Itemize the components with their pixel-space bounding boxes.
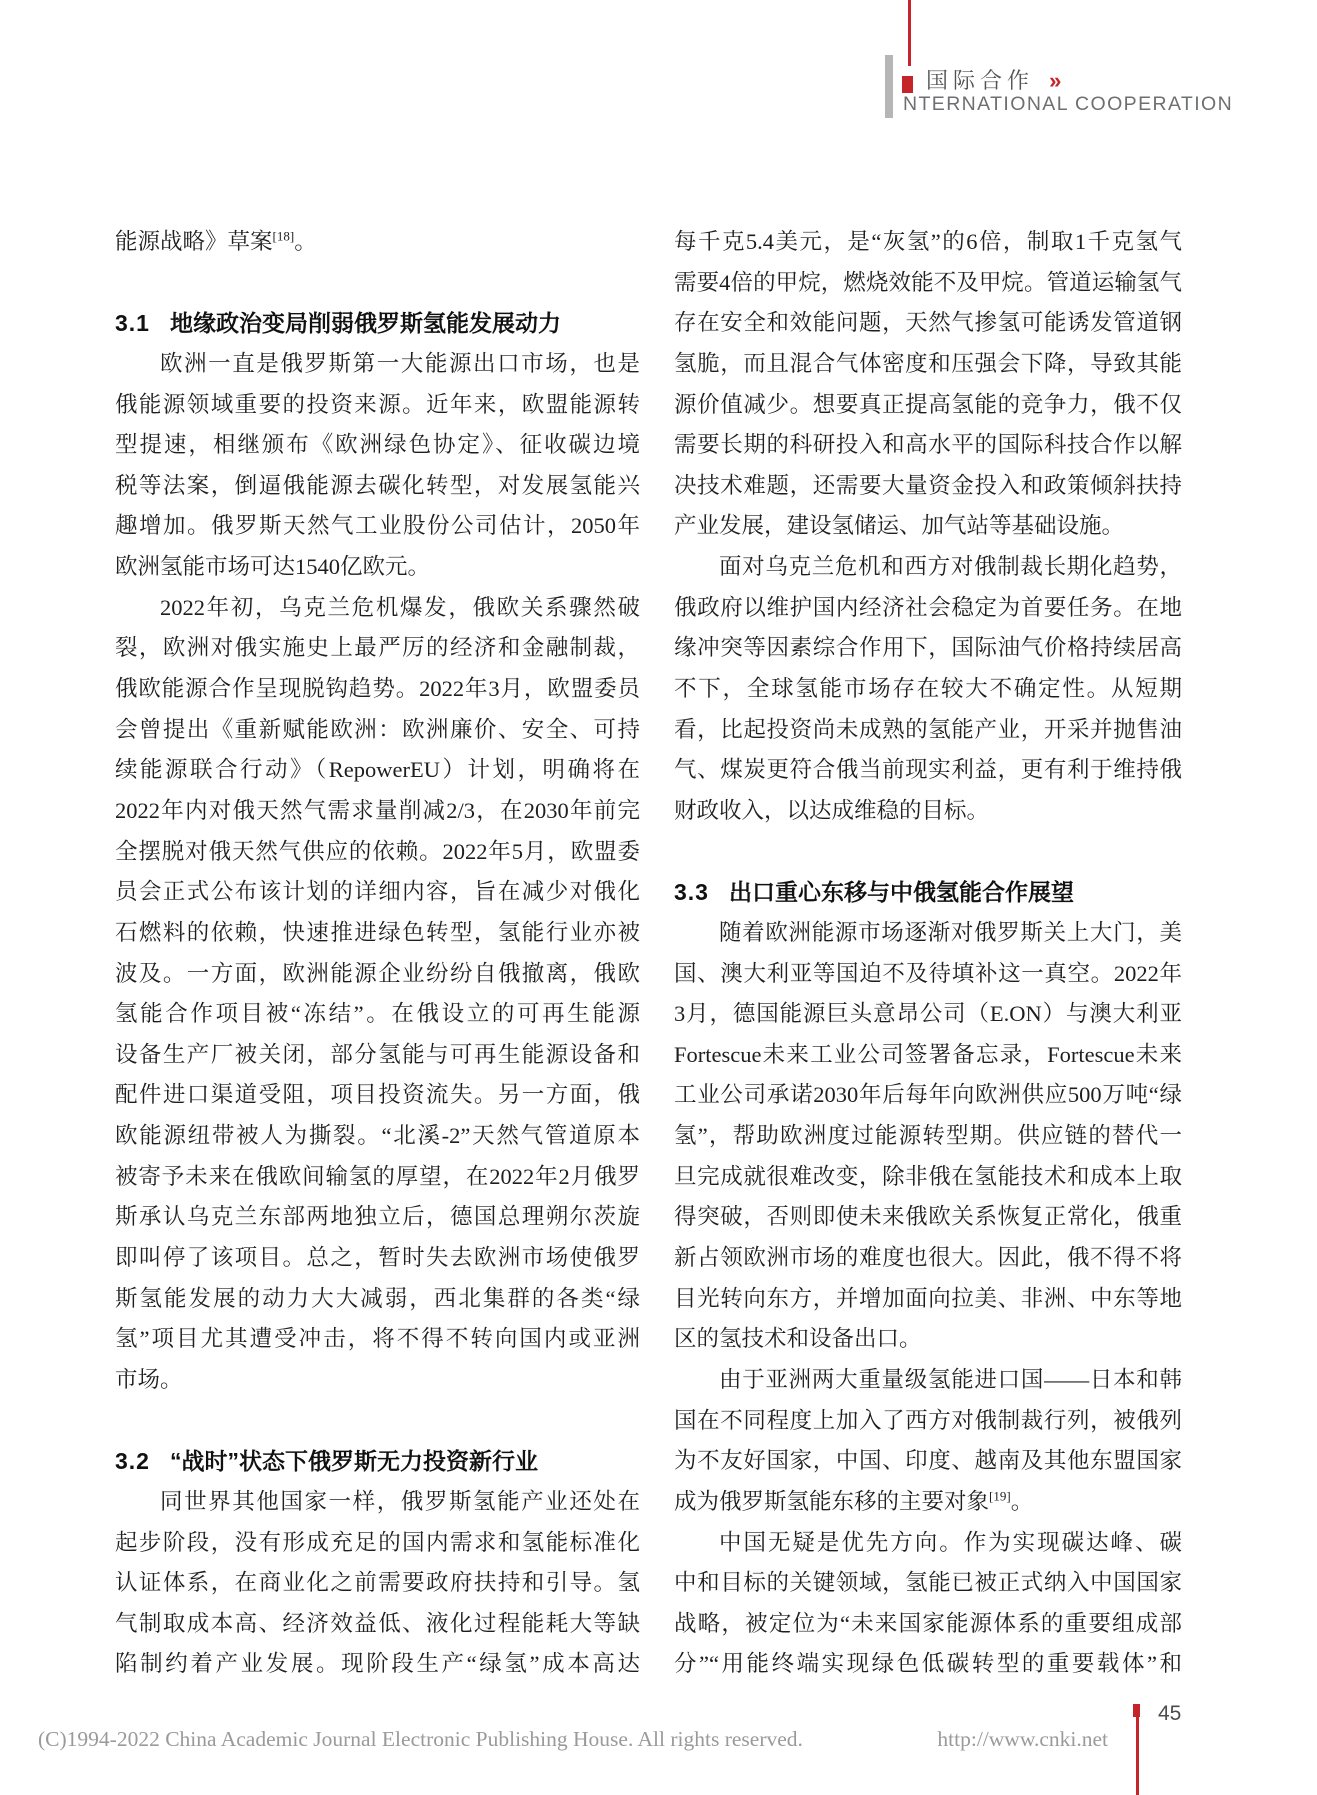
text-segment: 能源战略》草案 — [115, 229, 273, 254]
text-segment: 成为俄罗斯氢能东移的主要对象 — [674, 1489, 989, 1514]
text-line: 国在不同程度上加入了西方对俄制裁行列，被俄列 — [674, 1401, 1182, 1442]
text-line: 斯氢能发展的动力大大减弱，西北集群的各类“绿 — [115, 1279, 640, 1320]
text-line: 气制取成本高、经济效益低、液化过程能耗大等缺 — [115, 1604, 640, 1645]
text-line: 俄能源领域重要的投资来源。近年来，欧盟能源转 — [115, 385, 640, 426]
text-line: 工业公司承诺2030年后每年向欧洲供应500万吨“绿 — [674, 1075, 1182, 1116]
text-line: 陷制约着产业发展。现阶段生产“绿氢”成本高达 — [115, 1644, 640, 1685]
double-chevron-icon: » — [1049, 68, 1061, 93]
text-line: 每千克5.4美元，是“灰氢”的6倍，制取1千克氢气 — [674, 222, 1182, 263]
text-line: 区的氢技术和设备出口。 — [674, 1319, 1182, 1360]
text-line: 型提速，相继颁布《欧洲绿色协定》、征收碳边境 — [115, 425, 640, 466]
section-label-en: NTERNATIONAL COOPERATION — [903, 93, 1233, 116]
text-line: 欧洲氢能市场可达1540亿欧元。 — [115, 547, 640, 588]
text-line: 认证体系，在商业化之前需要政府扶持和引导。氢 — [115, 1563, 640, 1604]
text-line: 国、澳大利亚等国迫不及待填补这一真空。2022年 — [674, 954, 1182, 995]
header-gray-bar — [885, 55, 893, 118]
text-line: 目光转向东方，并增加面向拉美、非洲、中东等地 — [674, 1279, 1182, 1320]
text-line: 面对乌克兰危机和西方对俄制裁长期化趋势， — [674, 547, 1182, 588]
text-line: 存在安全和效能问题，天然气掺氢可能诱发管道钢 — [674, 303, 1182, 344]
section-title: 出口重心东移与中俄氢能合作展望 — [729, 879, 1074, 905]
text-line: 同世界其他国家一样，俄罗斯氢能产业还处在 — [115, 1482, 640, 1523]
text-line: 被寄予未来在俄欧间输氢的厚望，在2022年2月俄罗 — [115, 1157, 640, 1198]
text-line: 即叫停了该项目。总之，暂时失去欧洲市场使俄罗 — [115, 1238, 640, 1279]
text-line: 得突破，否则即使未来俄欧关系恢复正常化，俄重 — [674, 1197, 1182, 1238]
text-line: 斯承认乌克兰东部两地独立后，德国总理朔尔茨旋 — [115, 1197, 640, 1238]
text-line: 源价值减少。想要真正提高氢能的竞争力，俄不仅 — [674, 385, 1182, 426]
text-column-left: 能源战略》草案[18]。3.1地缘政治变局削弱俄罗斯氢能发展动力欧洲一直是俄罗斯… — [115, 222, 640, 1685]
text-line: 需要长期的科研投入和高水平的国际科技合作以解 — [674, 425, 1182, 466]
text-line: 中和目标的关键领域，氢能已被正式纳入中国国家 — [674, 1563, 1182, 1604]
section-number: 3.2 — [115, 1448, 150, 1474]
text-line: 2022年内对俄天然气需求量削减2/3，在2030年前完 — [115, 791, 640, 832]
text-line: 由于亚洲两大重量级氢能进口国——日本和韩 — [674, 1360, 1182, 1401]
text-line: 3月，德国能源巨头意昂公司（E.ON）与澳大利亚 — [674, 994, 1182, 1035]
section-heading: 3.3出口重心东移与中俄氢能合作展望 — [674, 872, 1182, 913]
text-line: 气、煤炭更符合俄当前现实利益，更有利于维持俄 — [674, 750, 1182, 791]
page-number-red-line — [1136, 1704, 1139, 1795]
text-line: 欧能源纽带被人为撕裂。“北溪-2”天然气管道原本 — [115, 1116, 640, 1157]
text-line: 分”“用能终端实现绿色低碳转型的重要载体”和 — [674, 1644, 1182, 1685]
citation-superscript: [18] — [273, 229, 295, 244]
text-line: 波及。一方面，欧洲能源企业纷纷自俄撤离，俄欧 — [115, 954, 640, 995]
section-label-zh: 国际合作 » — [926, 64, 1061, 95]
text-line: 氢”项目尤其遭受冲击，将不得不转向国内或亚洲 — [115, 1319, 640, 1360]
text-line: 起步阶段，没有形成充足的国内需求和氢能标准化 — [115, 1523, 640, 1564]
citation-superscript: [19] — [989, 1488, 1011, 1503]
blank-line — [115, 1401, 640, 1442]
text-line: 中国无疑是优先方向。作为实现碳达峰、碳 — [674, 1523, 1182, 1564]
text-line: 新占领欧洲市场的难度也很大。因此，俄不得不将 — [674, 1238, 1182, 1279]
text-line: 税等法案，倒逼俄能源去碳化转型，对发展氢能兴 — [115, 466, 640, 507]
section-title: “战时”状态下俄罗斯无力投资新行业 — [170, 1448, 538, 1474]
text-column-right: 每千克5.4美元，是“灰氢”的6倍，制取1千克氢气需要4倍的甲烷，燃烧效能不及甲… — [674, 222, 1182, 1685]
text-line: 成为俄罗斯氢能东移的主要对象[19]。 — [674, 1482, 1182, 1523]
text-line: 会曾提出《重新赋能欧洲：欧洲廉价、安全、可持 — [115, 710, 640, 751]
text-line: 产业发展，建设氢储运、加气站等基础设施。 — [674, 506, 1182, 547]
text-line: 全摆脱对俄天然气供应的依赖。2022年5月，欧盟委 — [115, 832, 640, 873]
section-label-zh-text: 国际合作 — [926, 68, 1034, 93]
section-heading: 3.2“战时”状态下俄罗斯无力投资新行业 — [115, 1441, 640, 1482]
footer-url: http://www.cnki.net — [937, 1727, 1108, 1752]
blank-line — [115, 263, 640, 304]
text-line: 氢脆，而且混合气体密度和压强会下降，导致其能 — [674, 344, 1182, 385]
text-line: 财政收入，以达成维稳的目标。 — [674, 791, 1182, 832]
text-line: 裂，欧洲对俄实施史上最严厉的经济和金融制裁， — [115, 628, 640, 669]
section-number: 3.3 — [674, 879, 709, 905]
text-line: 市场。 — [115, 1360, 640, 1401]
text-line: 不下，全球氢能市场存在较大不确定性。从短期 — [674, 669, 1182, 710]
footer-copyright: (C)1994-2022 China Academic Journal Elec… — [38, 1727, 803, 1752]
text-line: 缘冲突等因素综合作用下，国际油气价格持续居高 — [674, 628, 1182, 669]
text-line: 旦完成就很难改变，除非俄在氢能技术和成本上取 — [674, 1157, 1182, 1198]
text-line: 配件进口渠道受阻，项目投资流失。另一方面，俄 — [115, 1075, 640, 1116]
text-line: 员会正式公布该计划的详细内容，旨在减少对俄化 — [115, 872, 640, 913]
section-number: 3.1 — [115, 310, 150, 336]
text-line: 看，比起投资尚未成熟的氢能产业，开采并抛售油 — [674, 710, 1182, 751]
page: { "header": { "section_label_zh": "国际合作"… — [0, 0, 1317, 1795]
section-heading: 3.1地缘政治变局削弱俄罗斯氢能发展动力 — [115, 303, 640, 344]
text-line: 随着欧洲能源市场逐渐对俄罗斯关上大门，美 — [674, 913, 1182, 954]
text-line: 氢能合作项目被“冻结”。在俄设立的可再生能源 — [115, 994, 640, 1035]
text-line: 决技术难题，还需要大量资金投入和政策倾斜扶持 — [674, 466, 1182, 507]
text-line: 氢”，帮助欧洲度过能源转型期。供应链的替代一 — [674, 1116, 1182, 1157]
blank-line — [674, 832, 1182, 873]
text-line: 俄政府以维护国内经济社会稳定为首要任务。在地 — [674, 588, 1182, 629]
text-line: 续能源联合行动》（RepowerEU）计划，明确将在 — [115, 750, 640, 791]
text-line: 为不友好国家，中国、印度、越南及其他东盟国家 — [674, 1441, 1182, 1482]
text-line: 趣增加。俄罗斯天然气工业股份公司估计，2050年 — [115, 506, 640, 547]
text-line: 石燃料的依赖，快速推进绿色转型，氢能行业亦被 — [115, 913, 640, 954]
text-line: 2022年初，乌克兰危机爆发，俄欧关系骤然破 — [115, 588, 640, 629]
text-line: 战略，被定位为“未来国家能源体系的重要组成部 — [674, 1604, 1182, 1645]
text-line: 能源战略》草案[18]。 — [115, 222, 640, 263]
text-line: Fortescue未来工业公司签署备忘录，Fortescue未来 — [674, 1035, 1182, 1076]
text-line: 需要4倍的甲烷，燃烧效能不及甲烷。管道运输氢气 — [674, 263, 1182, 304]
footer: (C)1994-2022 China Academic Journal Elec… — [38, 1727, 1108, 1752]
header-accent-line — [908, 0, 911, 66]
text-line: 欧洲一直是俄罗斯第一大能源出口市场，也是 — [115, 344, 640, 385]
header-red-square-marker — [902, 76, 913, 93]
text-line: 俄欧能源合作呈现脱钩趋势。2022年3月，欧盟委员 — [115, 669, 640, 710]
section-title: 地缘政治变局削弱俄罗斯氢能发展动力 — [170, 310, 561, 336]
text-line: 设备生产厂被关闭，部分氢能与可再生能源设备和 — [115, 1035, 640, 1076]
page-number: 45 — [1158, 1702, 1181, 1726]
text-segment: 。 — [1011, 1489, 1034, 1514]
text-segment: 。 — [294, 229, 317, 254]
